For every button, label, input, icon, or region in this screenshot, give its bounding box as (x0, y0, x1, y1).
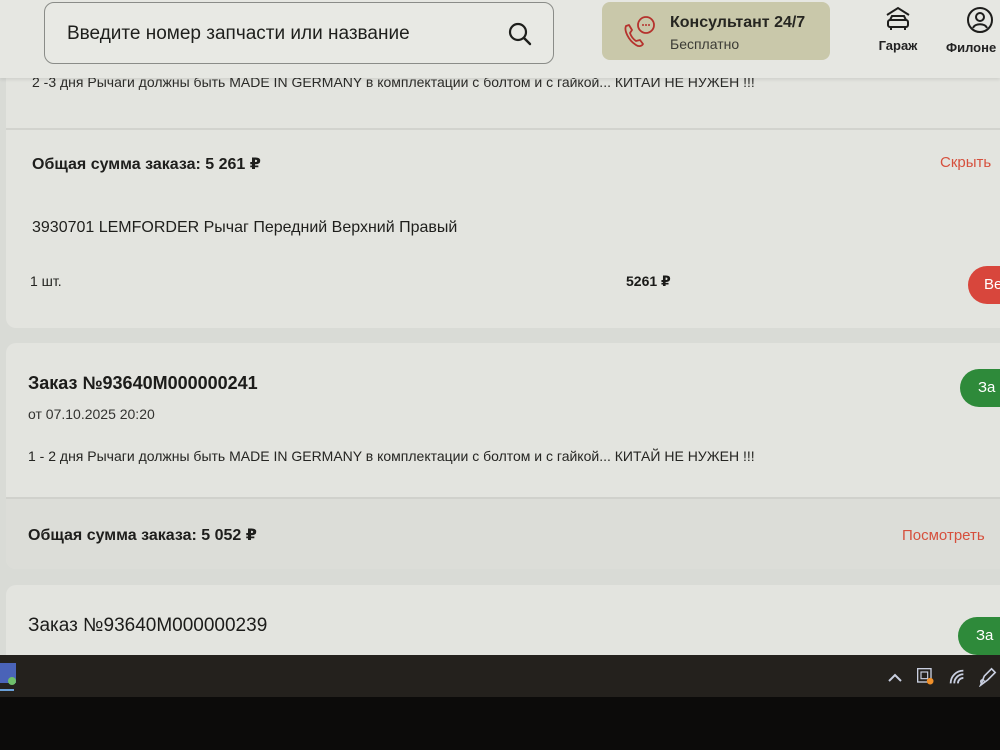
site-header: Консультант 24/7 Бесплатно Гараж Филоне (0, 0, 1000, 78)
consultant-title: Консультант 24/7 (670, 14, 805, 32)
active-app-indicator (0, 689, 14, 691)
order-item-price: 5261 ₽ (626, 273, 671, 290)
order-comment: 1 - 2 дня Рычаги должны быть MADE IN GER… (28, 448, 755, 464)
consultant-button[interactable]: Консультант 24/7 Бесплатно (602, 2, 830, 60)
garage-car-icon (883, 6, 913, 32)
hide-details-link[interactable]: Скрыть (940, 154, 991, 171)
order-number[interactable]: Заказ №93640M000000239 (28, 615, 267, 637)
user-icon (966, 6, 994, 34)
profile-label: Филоне (946, 40, 1000, 55)
garage-nav-button[interactable]: Гараж (868, 6, 928, 58)
divider (6, 128, 1000, 130)
garage-label: Гараж (868, 38, 928, 53)
order-total: Общая сумма заказа: 5 261 ₽ (32, 154, 261, 174)
taskbar-app-button[interactable] (0, 659, 22, 689)
search-icon[interactable] (507, 21, 533, 47)
profile-nav-button[interactable]: Филоне (946, 6, 1000, 58)
order-status-badge[interactable]: За (958, 617, 1000, 655)
order-status-badge[interactable]: За (960, 369, 1000, 407)
app-icon (0, 659, 20, 687)
search-input[interactable] (67, 21, 487, 47)
taskbar (0, 655, 1000, 697)
order-card: Общая сумма заказа: 5 261 ₽ Скрыть 39307… (6, 56, 1000, 328)
phone-chat-icon (620, 12, 662, 52)
consultant-subtitle: Бесплатно (670, 36, 739, 52)
order-number[interactable]: Заказ №93640M000000241 (28, 373, 258, 394)
pen-icon[interactable] (976, 667, 998, 687)
monitor-bezel (0, 697, 1000, 750)
order-total: Общая сумма заказа: 5 052 ₽ (28, 525, 257, 545)
order-item-name: 3930701 LEMFORDER Рычаг Передний Верхний… (32, 219, 457, 237)
view-details-link[interactable]: Посмотреть (902, 527, 985, 544)
order-item-quantity: 1 шт. (30, 273, 62, 289)
chevron-up-icon[interactable] (886, 667, 904, 687)
browser-viewport: 2 -3 дня Рычаги должны быть MADE IN GERM… (0, 0, 1000, 660)
order-card: Заказ №93640M000000239 За (6, 585, 1000, 660)
search-box[interactable] (44, 2, 554, 64)
order-summary-bar: Общая сумма заказа: 5 052 ₽ Посмотреть (6, 497, 1000, 569)
order-card: Заказ №93640M000000241 За от 07.10.2025 … (6, 343, 1000, 569)
order-date: от 07.10.2025 20:20 (28, 406, 155, 422)
item-action-button[interactable]: Ве (968, 266, 1000, 304)
notification-app-icon[interactable] (914, 667, 938, 687)
wifi-icon[interactable] (946, 667, 968, 687)
